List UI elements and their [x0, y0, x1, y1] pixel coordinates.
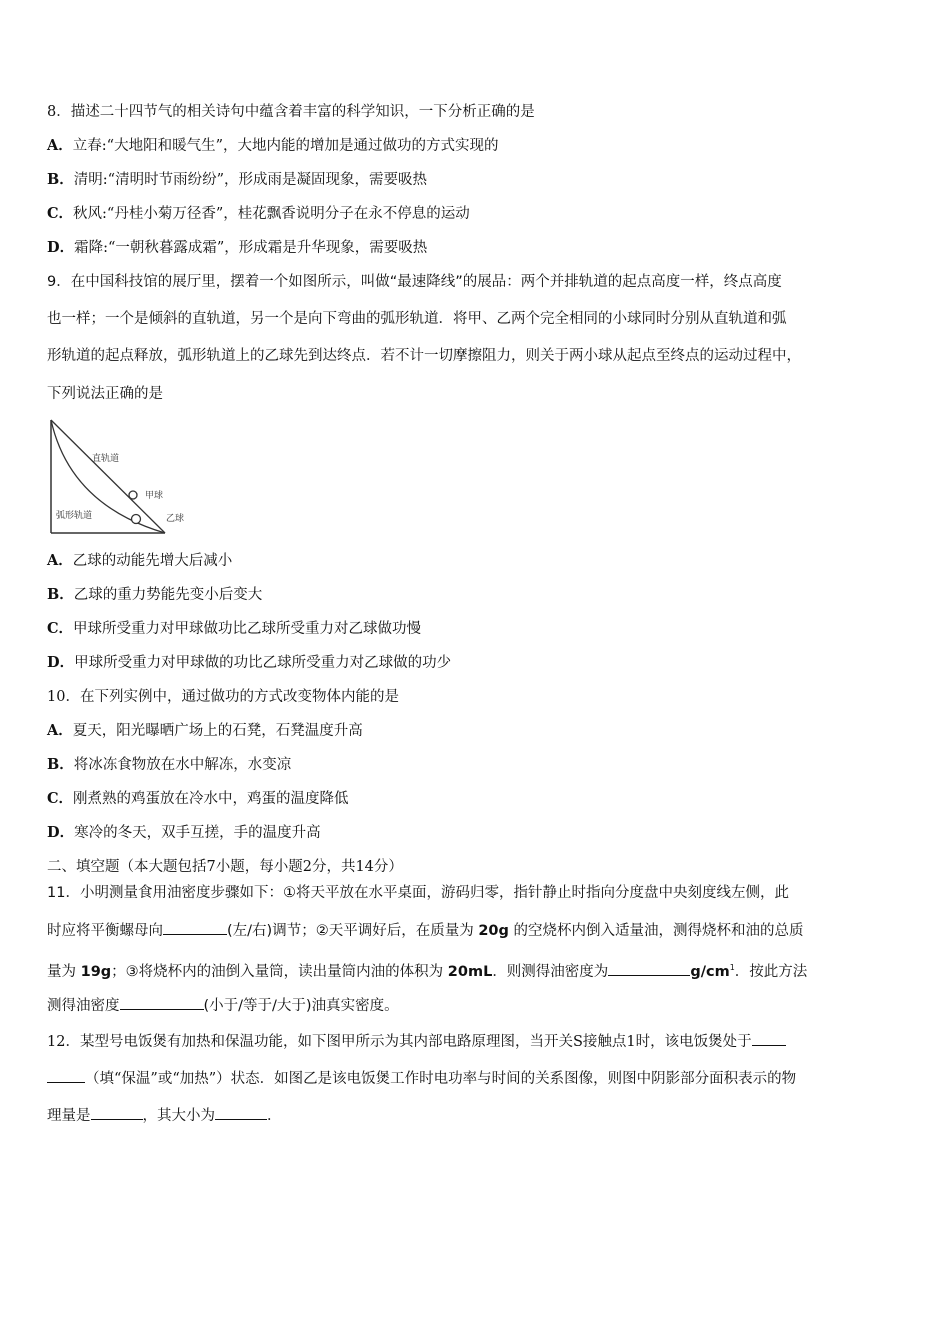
option-text: 乙球的重力势能先变小后变大 — [74, 587, 263, 603]
q9-option-b: B．乙球的重力势能先变小后变大 — [47, 585, 262, 605]
option-letter: C． — [47, 205, 73, 222]
brachistochrone-figure: 直轨道 甲球 弧形轨道 乙球 — [40, 410, 210, 540]
q11-text: ．则测得油密度为 — [492, 964, 608, 980]
option-letter: B． — [47, 756, 74, 773]
option-text: 刚煮熟的鸡蛋放在冷水中，鸡蛋的温度降低 — [73, 791, 349, 807]
answer-blank-density[interactable] — [608, 961, 690, 976]
answer-blank-state-part2[interactable] — [47, 1068, 85, 1083]
q12-line-1: 12．某型号电饭煲有加热和保温功能，如下图甲所示为其内部电路原理图，当开关S接触… — [47, 1031, 786, 1052]
curved-track-label: 弧形轨道 — [56, 509, 92, 521]
option-text: 立春:“大地阳和暖气生”，大地内能的增加是通过做功的方式实现的 — [73, 138, 499, 154]
q11-line-2: 时应将平衡螺母向(左/右)调节；②天平调好后，在质量为 20g 的空烧杯内倒入适… — [47, 920, 803, 941]
q9-option-c: C．甲球所受重力对甲球做功比乙球所受重力对乙球做功慢 — [47, 619, 421, 639]
q12-text: ，其大小为 — [143, 1108, 216, 1124]
q8-stem: 8．描述二十四节气的相关诗句中蕴含着丰富的科学知识，一下分析正确的是 — [47, 102, 535, 122]
option-letter: C． — [47, 790, 73, 807]
q10-option-a: A．夏天，阳光曝晒广场上的石凳，石凳温度升高 — [47, 721, 363, 741]
option-text: 清明:“清明时节雨纷纷”，形成雨是凝固现象，需要吸热 — [74, 172, 427, 188]
q11-text: 测得油密度 — [47, 998, 120, 1014]
q11-text: (左/右)调节；②天平调好后，在质量为 — [227, 923, 474, 939]
option-text: 甲球所受重力对甲球做功比乙球所受重力对乙球做功慢 — [73, 621, 421, 637]
q10-stem: 10．在下列实例中，通过做功的方式改变物体内能的是 — [47, 687, 399, 707]
option-letter: A． — [47, 137, 73, 154]
ball-jia — [129, 491, 137, 499]
straight-track-label: 直轨道 — [92, 452, 119, 464]
q11-line-1: 11．小明测量食用油密度步骤如下：①将天平放在水平桌面，游码归零，指针静止时指向… — [47, 883, 789, 903]
option-letter: B． — [47, 171, 74, 188]
q9-stem-line-3: 形轨道的起点释放，弧形轨道上的乙球先到达终点．若不计一切摩擦阻力，则关于两小球从… — [47, 346, 801, 366]
q8-option-a: A．立春:“大地阳和暖气生”，大地内能的增加是通过做功的方式实现的 — [47, 136, 498, 156]
q11-text: ；③将烧杯内的油倒入量筒，读出量筒内油的体积为 — [111, 964, 443, 980]
option-letter: C． — [47, 620, 73, 637]
answer-blank-quantity[interactable] — [91, 1105, 143, 1120]
option-letter: A． — [47, 552, 73, 569]
option-text: 将冰冻食物放在水中解冻，水变凉 — [74, 757, 292, 773]
ball-yi-label: 乙球 — [166, 512, 184, 524]
q11-text: 时应将平衡螺母向 — [47, 923, 163, 939]
ball-yi — [132, 515, 141, 524]
q12-text: （填“保温”或“加热”）状态．如图乙是该电饭煲工作时电功率与时间的关系图像，则图… — [85, 1071, 796, 1087]
q11-text: (小于/等于/大于)油真实密度。 — [204, 998, 399, 1014]
option-letter: D． — [47, 824, 74, 841]
option-letter: B． — [47, 586, 74, 603]
option-text: 乙球的动能先增大后减小 — [73, 553, 233, 569]
answer-blank-magnitude[interactable] — [215, 1105, 267, 1120]
option-text: 寒冷的冬天，双手互搓，手的温度升高 — [74, 825, 321, 841]
ball-jia-label: 甲球 — [145, 489, 163, 501]
q12-line-2: （填“保温”或“加热”）状态．如图乙是该电饭煲工作时电功率与时间的关系图像，则图… — [47, 1068, 796, 1089]
q9-option-a: A．乙球的动能先增大后减小 — [47, 551, 232, 571]
option-letter: D． — [47, 239, 74, 256]
option-text: 甲球所受重力对甲球做的功比乙球所受重力对乙球做的功少 — [74, 655, 451, 671]
q11-volume-value: 20mL — [448, 964, 493, 980]
q12-text: 理量是 — [47, 1108, 91, 1124]
q9-stem-line-1: 9．在中国科技馆的展厅里，摆着一个如图所示，叫做“最速降线”的展品：两个并排轨道… — [47, 272, 782, 292]
q11-text: 的空烧杯内倒入适量油，测得烧杯和油的总质 — [513, 923, 803, 939]
answer-blank-comparison[interactable] — [120, 995, 204, 1010]
q9-stem-line-2: 也一样；一个是倾斜的直轨道，另一个是向下弯曲的弧形轨道．将甲、乙两个完全相同的小… — [47, 309, 787, 329]
q11-text: 量为 — [47, 964, 76, 980]
answer-blank-state-part1[interactable] — [752, 1031, 786, 1046]
q12-line-3: 理量是，其大小为． — [47, 1105, 282, 1126]
q11-line-3: 量为 19g；③将烧杯内的油倒入量筒，读出量筒内油的体积为 20mL．则测得油密… — [47, 958, 807, 982]
q11-text: ．按此方法 — [735, 964, 808, 980]
q8-option-c: C．秋风:“丹桂小菊万径香”，桂花飘香说明分子在永不停息的运动 — [47, 204, 470, 224]
option-letter: D． — [47, 654, 74, 671]
q8-option-b: B．清明:“清明时节雨纷纷”，形成雨是凝固现象，需要吸热 — [47, 170, 427, 190]
q12-text: 12．某型号电饭煲有加热和保温功能，如下图甲所示为其内部电路原理图，当开关S接触… — [47, 1034, 752, 1050]
option-text: 夏天，阳光曝晒广场上的石凳，石凳温度升高 — [73, 723, 363, 739]
q10-option-d: D．寒冷的冬天，双手互搓，手的温度升高 — [47, 823, 321, 843]
q10-option-c: C．刚煮熟的鸡蛋放在冷水中，鸡蛋的温度降低 — [47, 789, 349, 809]
answer-blank-direction[interactable] — [163, 920, 227, 935]
q11-unit: g/cm — [690, 964, 729, 980]
q10-option-b: B．将冰冻食物放在水中解冻，水变凉 — [47, 755, 291, 775]
q11-mass-value: 20g — [478, 923, 509, 939]
q11-line-4: 测得油密度(小于/等于/大于)油真实密度。 — [47, 995, 399, 1016]
q9-stem-line-4: 下列说法正确的是 — [47, 384, 163, 404]
q8-option-d: D．霜降:“一朝秋暮露成霜”，形成霜是升华现象，需要吸热 — [47, 238, 427, 258]
q12-text: ． — [267, 1108, 282, 1124]
option-text: 秋风:“丹桂小菊万径香”，桂花飘香说明分子在永不停息的运动 — [73, 206, 470, 222]
option-letter: A． — [47, 722, 73, 739]
q11-total-mass-value: 19g — [81, 964, 112, 980]
section-heading: 二、填空题（本大题包括7小题，每小题2分，共14分） — [47, 857, 403, 877]
q9-option-d: D．甲球所受重力对甲球做的功比乙球所受重力对乙球做的功少 — [47, 653, 451, 673]
option-text: 霜降:“一朝秋暮露成霜”，形成霜是升华现象，需要吸热 — [74, 240, 427, 256]
